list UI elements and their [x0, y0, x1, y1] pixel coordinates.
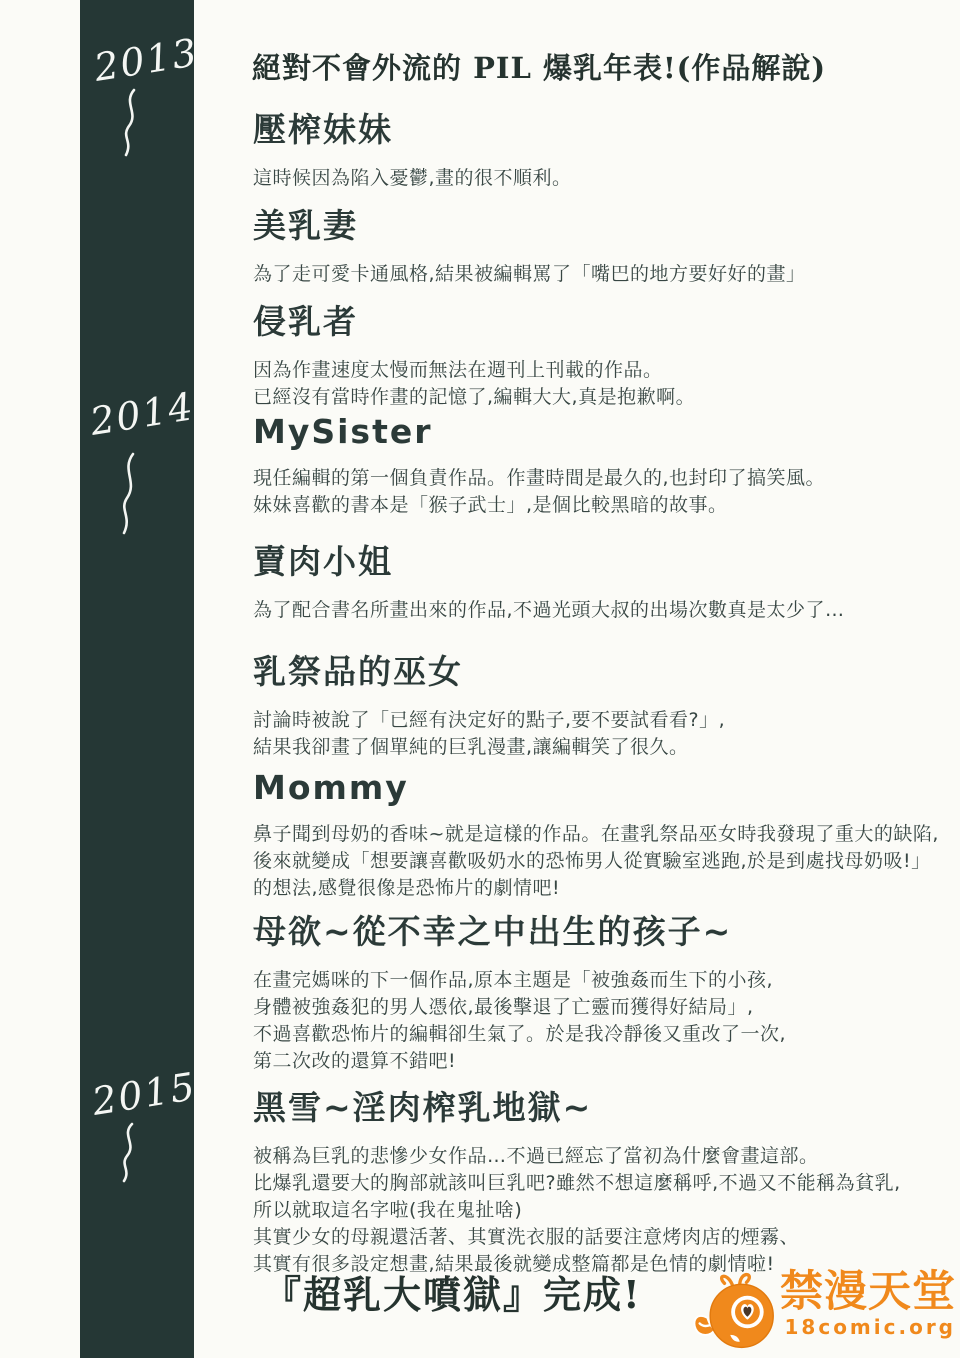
section-body: 鼻子聞到母奶的香味~就是這樣的作品。在畫乳祭品巫女時我發現了重大的缺陷, 後來就…	[253, 821, 953, 902]
section-title: 賣肉小姐	[253, 536, 953, 583]
section-body: 這時候因為陷入憂鬱,畫的很不順利。	[253, 165, 953, 192]
section-body: 被稱為巨乳的悲慘少女作品…不過已經忘了當初為什麼會畫這部。 比爆乳還要大的胸部就…	[253, 1143, 953, 1278]
section-title: MySister	[253, 412, 953, 451]
section-title: 侵乳者	[253, 296, 953, 343]
watermark-site-name: 禁漫天堂	[780, 1268, 956, 1316]
section-title: 乳祭品的巫女	[253, 646, 953, 693]
section-title: 壓榨妹妹	[253, 104, 953, 151]
mascot-bird-icon	[692, 1268, 778, 1356]
section-muyu: 母欲~從不幸之中出生的孩子~ 在畫完媽咪的下一個作品,原本主題是「被強姦而生下的…	[253, 906, 953, 1075]
section-title: 美乳妻	[253, 200, 953, 247]
timeline-squiggle-icon	[116, 452, 142, 536]
timeline-squiggle-icon	[116, 1122, 142, 1184]
year-label-2014: 2014	[87, 384, 197, 444]
section-rujipin-de-wunv: 乳祭品的巫女 討論時被說了「已經有決定好的點子,要不要試看看?」, 結果我卻畫了…	[253, 646, 953, 761]
page-title: 絕對不會外流的 PIL 爆乳年表!(作品解說)	[252, 46, 932, 87]
section-body: 討論時被說了「已經有決定好的點子,要不要試看看?」, 結果我卻畫了個單純的巨乳漫…	[253, 707, 953, 761]
section-mommy: Mommy 鼻子聞到母奶的香味~就是這樣的作品。在畫乳祭品巫女時我發現了重大的缺…	[253, 768, 953, 902]
section-mysister: MySister 現任編輯的第一個負責作品。作畫時間是最久的,也封印了搞笑風。 …	[253, 412, 953, 519]
section-title: 黑雪~淫肉榨乳地獄~	[253, 1082, 953, 1129]
watermark-text: 禁漫天堂 18comic.org	[780, 1268, 956, 1338]
section-heixue: 黑雪~淫肉榨乳地獄~ 被稱為巨乳的悲慘少女作品…不過已經忘了當初為什麼會畫這部。…	[253, 1082, 953, 1278]
section-qinru-zhe: 侵乳者 因為作畫速度太慢而無法在週刊上刊載的作品。 已經沒有當時作畫的記憶了,編…	[253, 296, 953, 411]
year-label-2013: 2013	[91, 30, 201, 90]
timeline-sidebar: 2013 2014 2015	[80, 0, 194, 1358]
scanned-page: { "page": { "title": "絕對不會外流的 PIL 爆乳年表!(…	[0, 0, 960, 1358]
timeline-squiggle-icon	[118, 88, 144, 158]
section-title: Mommy	[253, 768, 953, 807]
section-body: 在畫完媽咪的下一個作品,原本主題是「被強姦而生下的小孩, 身體被強姦犯的男人憑依…	[253, 967, 953, 1075]
section-body: 為了配合書名所畫出來的作品,不過光頭大叔的出場次數真是太少了…	[253, 597, 953, 624]
section-body: 現任編輯的第一個負責作品。作畫時間是最久的,也封印了搞笑風。 妹妹喜歡的書本是「…	[253, 465, 953, 519]
section-title: 母欲~從不幸之中出生的孩子~	[253, 906, 953, 953]
section-body: 為了走可愛卡通風格,結果被編輯罵了「嘴巴的地方要好好的畫」	[253, 261, 953, 288]
section-mairou-xiaojie: 賣肉小姐 為了配合書名所畫出來的作品,不過光頭大叔的出場次數真是太少了…	[253, 536, 953, 624]
year-label-2015: 2015	[89, 1064, 199, 1124]
section-body: 因為作畫速度太慢而無法在週刊上刊載的作品。 已經沒有當時作畫的記憶了,編輯大大,…	[253, 357, 953, 411]
watermark-logo: 禁漫天堂 18comic.org	[692, 1268, 954, 1356]
section-yazha-meimei: 壓榨妹妹 這時候因為陷入憂鬱,畫的很不順利。	[253, 104, 953, 192]
watermark-site-url: 18comic.org	[785, 1316, 957, 1338]
completion-title: 『超乳大噴獄』完成!	[263, 1264, 642, 1319]
section-meiru-qi: 美乳妻 為了走可愛卡通風格,結果被編輯罵了「嘴巴的地方要好好的畫」	[253, 200, 953, 288]
